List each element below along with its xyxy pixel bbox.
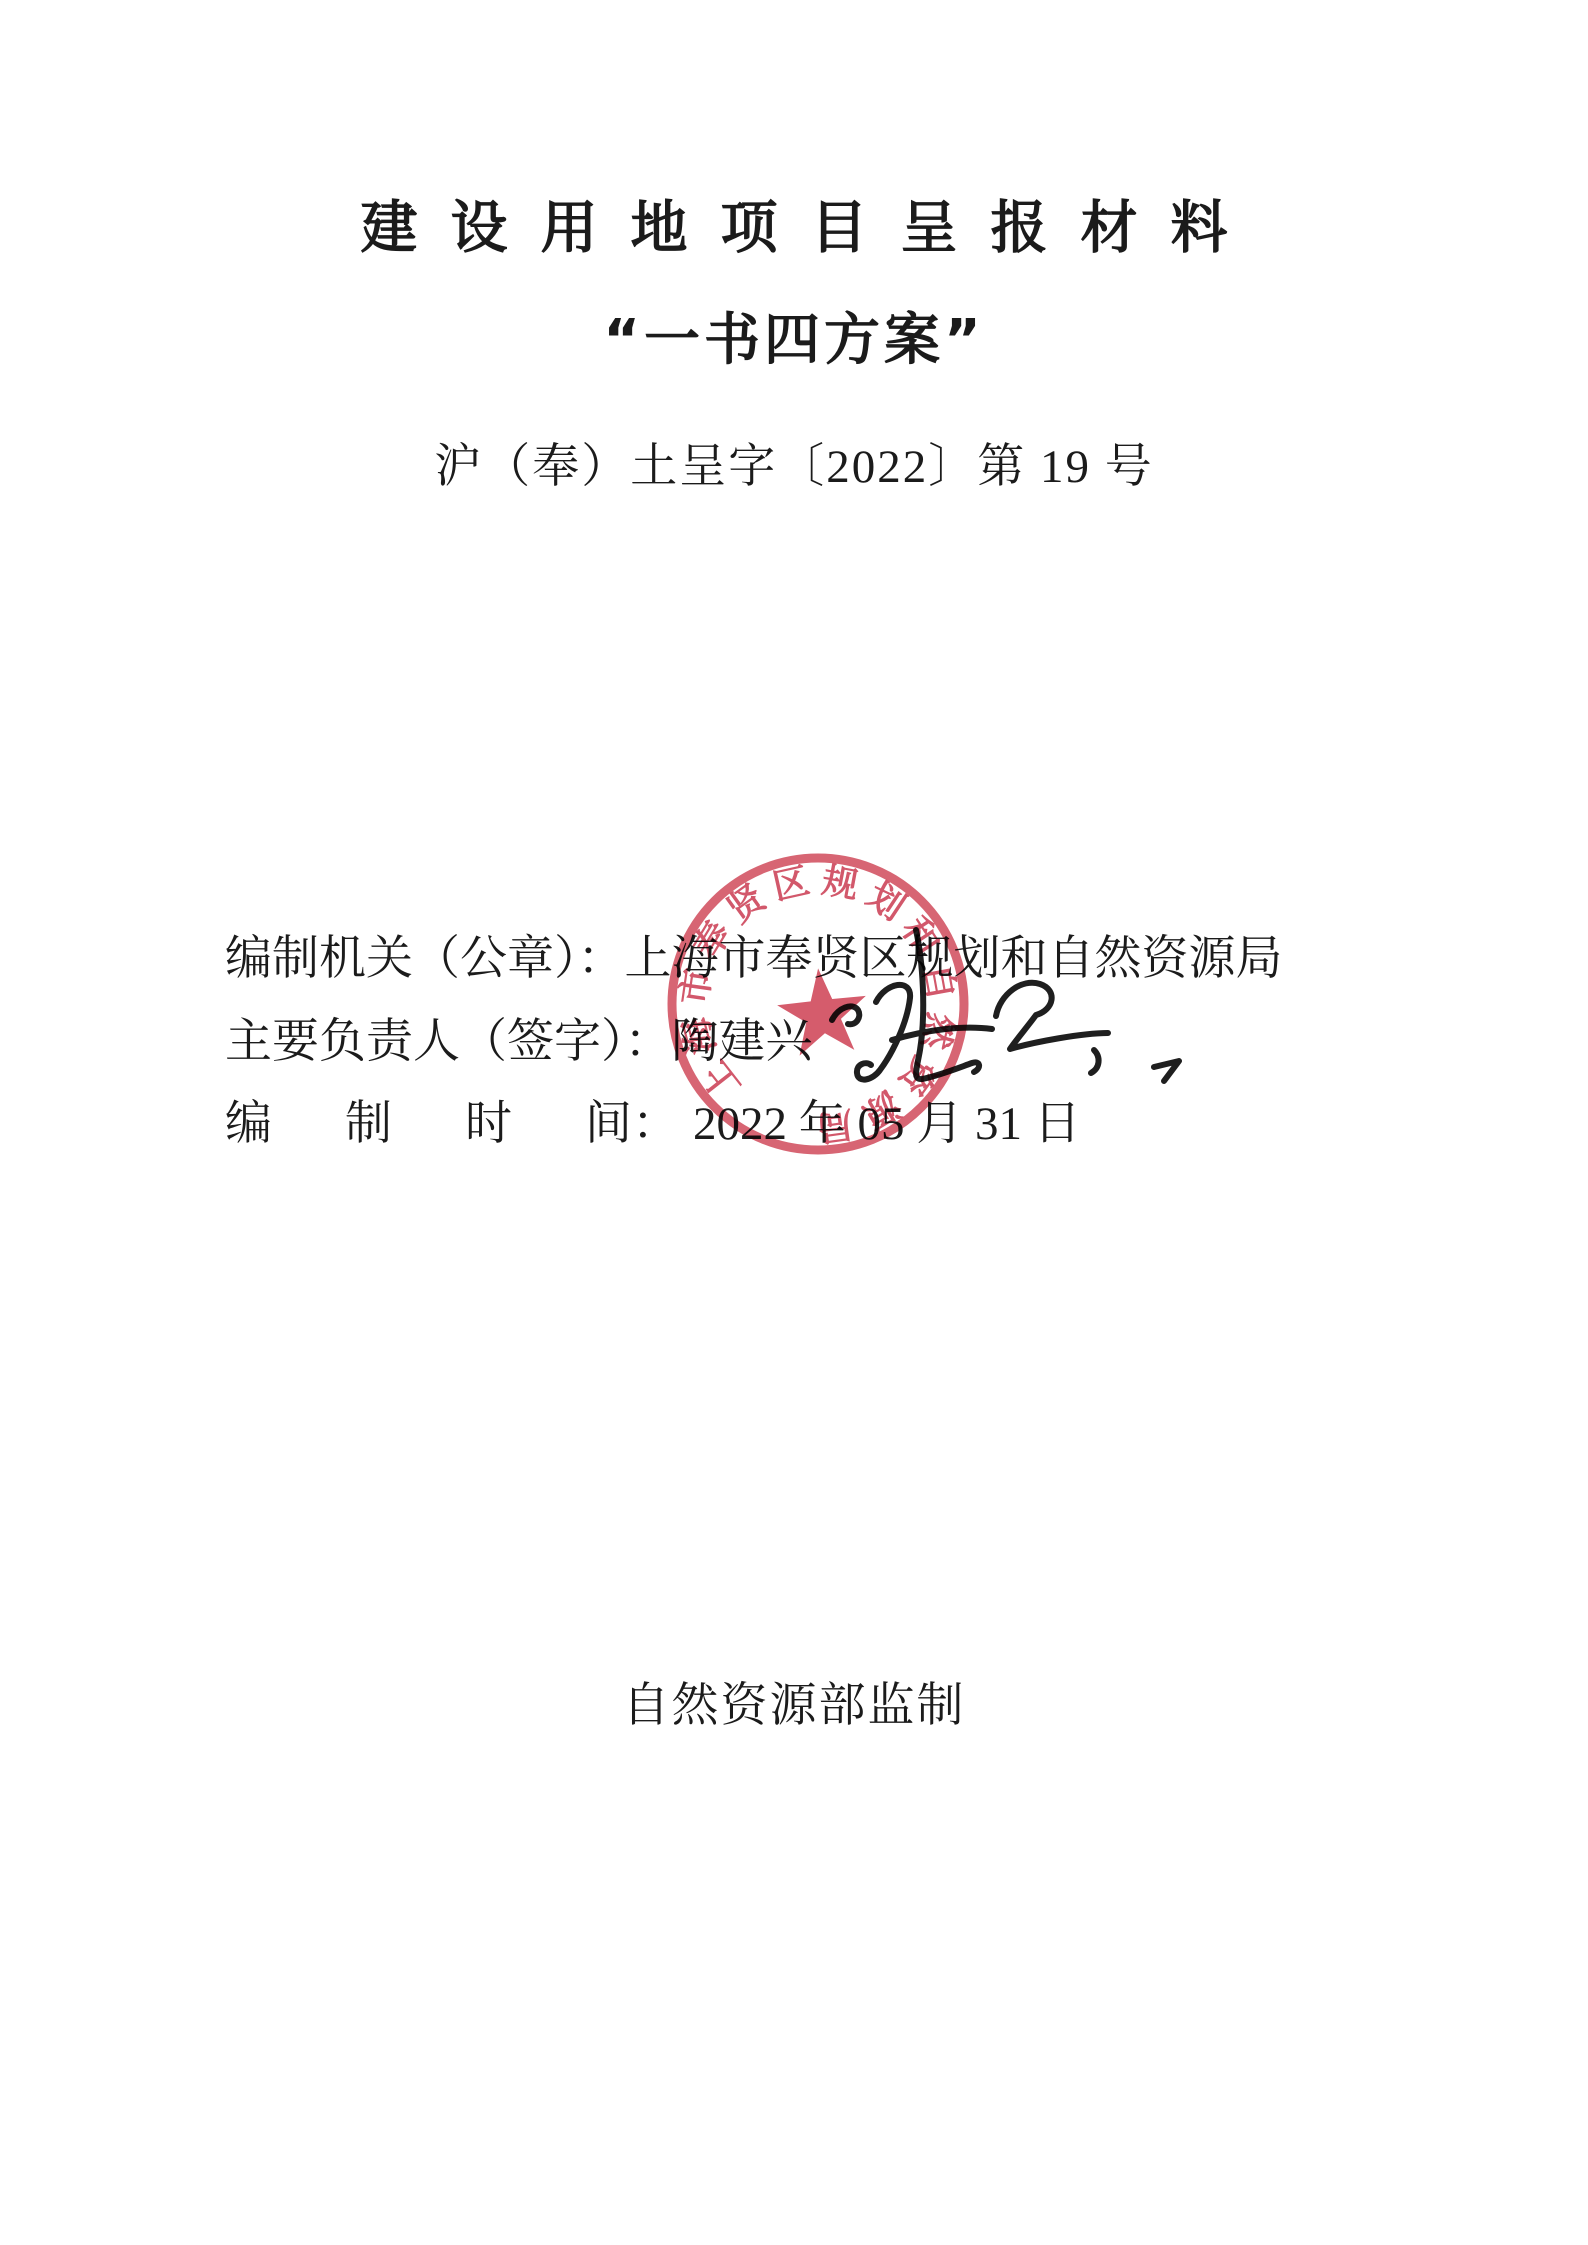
field-time-label-char: 时: [465, 1096, 512, 1152]
signature-stroke: [996, 983, 1108, 1049]
signature-stroke: [916, 930, 979, 1079]
signature-stroke: [1091, 1050, 1099, 1073]
signature-stroke: [1154, 1061, 1179, 1081]
page-subtitle: “一书四方案”: [0, 308, 1588, 374]
field-agency-label: 编制机关（公章）：: [225, 933, 625, 985]
seal-arc-char: 局: [815, 1103, 856, 1148]
field-time-label-char: 制: [345, 1096, 392, 1152]
doc-number-text: 沪（奉）土呈字〔2022〕第 19 号: [434, 441, 1154, 493]
document-page: { "page": { "title": "建设用地项目呈报材料", "subt…: [0, 0, 1588, 2245]
seal-arc-char: 海: [675, 1013, 723, 1058]
page-title: 建设用地项目呈报材料: [0, 196, 1588, 260]
signature-stroke: [832, 1006, 859, 1024]
signature-stroke: [857, 985, 910, 1080]
field-responsible-label: 主要负责人（签字）：: [225, 1016, 672, 1068]
signature-scrawl: [800, 900, 1220, 1110]
field-time-label-char: 间: [585, 1098, 632, 1150]
doc-number: 沪（奉）土呈字〔2022〕第 19 号: [0, 438, 1588, 496]
field-time-label-char: 编: [225, 1096, 272, 1152]
footer-imprint: 自然资源部监制: [0, 1678, 1588, 1734]
signature-stroke: [892, 1028, 992, 1040]
page-subtitle-text: “一书四方案”: [603, 308, 985, 373]
seal-arc-char: 市: [674, 966, 719, 1007]
page-title-text: 建设用地项目呈报材料: [328, 195, 1261, 261]
footer-imprint-text: 自然资源部监制: [623, 1680, 966, 1732]
